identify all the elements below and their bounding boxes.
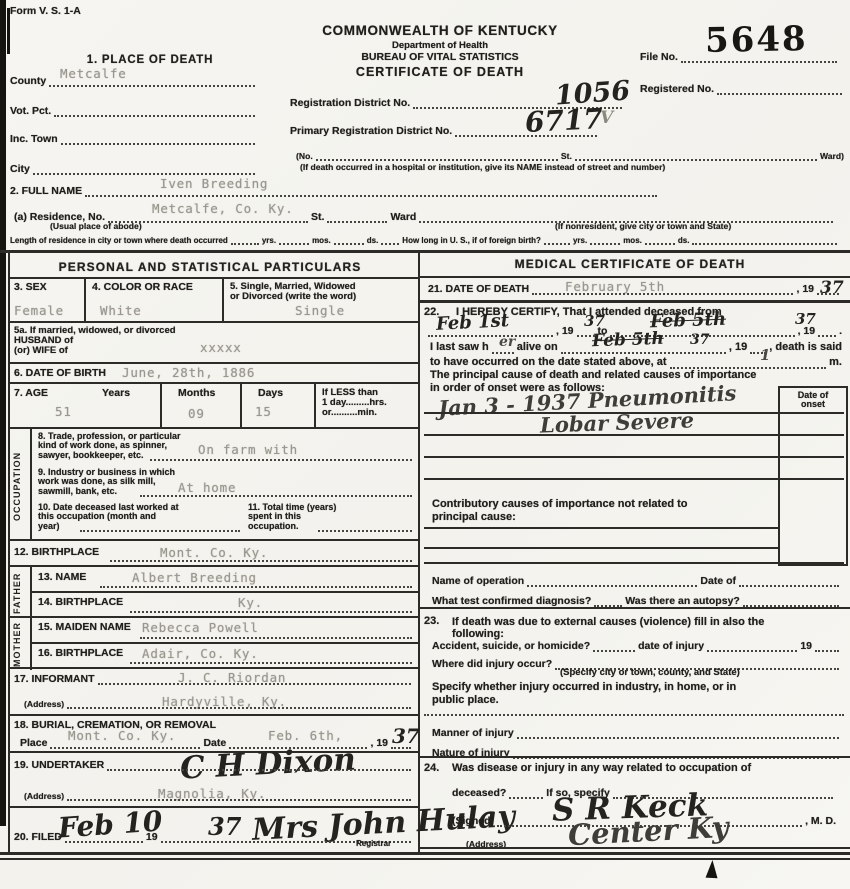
violence-no: 23. [424,616,439,628]
bureau-line: BUREAU OF VITAL STATISTICS [290,52,590,63]
county-field: County [10,76,258,87]
check-mark: V [600,108,613,128]
dept-of-health: Department of Health [290,41,590,51]
yr3-19: , 19 [729,342,747,354]
maiden-name-label: 15. MAIDEN NAME [38,622,131,633]
age-days-value: 15 [255,404,272,419]
dotted-line [593,646,635,652]
dotted-line [455,131,597,137]
dotted-rule [424,714,844,716]
rule [8,321,418,323]
age-label: 7. AGE [14,388,48,399]
registered-no-field: Registered No. [640,84,845,95]
md-label: , M. D. [805,816,836,827]
city-label: City [10,164,30,175]
yrs-label: yrs. [262,237,276,245]
dotted-line [527,581,697,587]
rule [420,607,850,609]
dotted-rule [100,586,412,588]
maiden-name-value: Rebecca Powell [142,620,259,635]
dotted-line [817,289,839,295]
scan-edge-bar [0,0,6,826]
manner-label: Manner of injury [432,728,514,739]
age-months-label: Months [178,388,215,399]
dotted-line [65,837,143,843]
injury-year-19: 19 [800,641,812,652]
dotted-rule [140,637,412,639]
dotted-line [50,743,200,749]
specify-city-note: (Specify city or town, county, and State… [560,668,740,678]
place-label: Place [20,738,47,749]
section-divider [0,250,850,253]
mother-birthplace-label: 16. BIRTHPLACE [38,648,123,659]
industry-label: 9. Industry or business in which work wa… [38,468,175,496]
registration-district-label: Registration District No. [290,98,410,109]
city-field: City [10,164,258,175]
address-label: (Address) [24,700,64,709]
dotted-line [381,239,399,245]
date-of-onset-box: Date of onset [778,386,848,566]
marital-value: Single [295,303,345,318]
registrar-label: Registrar [356,840,391,848]
length-residence-label: Length of residence in city or town wher… [10,237,228,245]
dotted-rule [110,560,412,562]
dotted-line [107,765,411,771]
dotted-rule [130,662,412,664]
form-number: Form V. S. 1-A [10,6,81,17]
primary-district-label: Primary Registration District No. [290,126,452,137]
vot-pct-label: Vot. Pct. [10,106,51,117]
date-of-death-field: 21. DATE OF DEATH , 19 [428,284,842,295]
last-saw-1: I last saw h [430,342,489,354]
dotted-line [334,239,364,245]
vot-pct-field: Vot. Pct. [10,106,258,117]
ds-label-2: ds. [678,237,690,245]
last-saw-2: alive on [517,342,558,354]
dotted-line [561,348,726,354]
rule [420,276,850,278]
related-intro: Was disease or injury in any way related… [452,763,751,775]
occurred-label: to have occurred on the date stated abov… [430,357,667,369]
autopsy-label: Was there an autopsy? [625,596,740,607]
foreign-birth-label: How long in U. S., if of foreign birth? [402,237,541,245]
age-less-label: If LESS than 1 day.........hrs. or......… [322,388,387,418]
nonresident-note: (If nonresident, give city or town and S… [555,222,731,231]
rule [30,642,418,644]
husband-wife-value: xxxxx [200,340,242,355]
abode-note: (Usual place of abode) [50,222,142,231]
certificate-title: CERTIFICATE OF DEATH [290,66,590,79]
dotted-line [739,581,839,587]
dotted-line [492,348,514,354]
rule [8,565,418,567]
dotted-line [707,646,797,652]
residence-ward-label: Ward [390,212,416,223]
rule [160,382,162,427]
test-label: What test confirmed diagnosis? [432,596,591,607]
trade-label: 8. Trade, profession, or particular kind… [38,432,181,460]
violence-intro: If death was due to external causes (vio… [452,616,764,640]
rule [8,277,418,279]
county-label: County [10,76,46,87]
dotted-line [717,89,842,95]
dotted-rule [140,495,412,497]
accident-label: Accident, suicide, or homicide? [432,641,590,652]
residence-st-label: St. [311,212,324,223]
inc-town-label: Inc. Town [10,134,58,145]
rule [420,756,850,758]
age-years-label: Years [102,388,130,399]
birthplace-label: 12. BIRTHPLACE [14,547,99,558]
st-label: St. [561,152,572,161]
rule [8,382,418,384]
rule [424,562,844,564]
dotted-line [645,239,675,245]
left-column-title: PERSONAL AND STATISTICAL PARTICULARS [30,260,390,274]
undertaker-address-field: (Address) [24,792,414,801]
pen-mark-arrow [706,860,719,879]
rule [424,547,778,549]
dotted-line [327,217,387,223]
husband-wife-label: 5a. If married, widowed, or divorced HUS… [14,326,176,356]
dotted-line [67,703,411,709]
dotted-line [575,155,817,161]
race-label: 4. COLOR OR RACE [92,282,193,293]
age-days-label: Days [258,388,283,399]
filed-label: 20. FILED [14,832,62,843]
m-label: m. [829,357,842,369]
rule [240,382,242,427]
operation-date-label: Date of [700,576,736,587]
year-19: , 19 [370,738,388,749]
rule [30,591,418,593]
bottom-rule-2 [0,852,850,855]
column-divider [418,252,420,855]
rule [314,382,316,427]
ward-label: Ward) [820,152,844,161]
dotted-rule [150,459,412,461]
dotted-line [517,733,839,739]
no-st-ward-row: (No. St. Ward) [296,152,844,161]
informant-label: 17. INFORMANT [14,674,95,685]
dob-value: June, 28th, 1886 [122,365,255,380]
hospital-note: (If death occurred in a hospital or inst… [300,163,848,172]
primary-district-field: Primary Registration District No. [290,126,600,137]
race-value: White [100,303,142,318]
operation-row: Name of operation Date of [432,576,842,587]
commonwealth-title: COMMONWEALTH OF KENTUCKY [290,24,590,38]
file-no-label: File No. [640,52,678,63]
inc-town-field: Inc. Town [10,134,258,145]
last-worked-label: 10. Date deceased last worked at this oc… [38,503,179,531]
period: . [839,326,842,337]
birthplace-value: Mont. Co. Ky. [160,545,268,560]
yr2-19: , 19 [798,326,816,337]
filed-year-19: 19 [146,832,158,843]
left-form-border [8,252,10,855]
dotted-line [33,169,255,175]
address-label-2: (Address) [24,792,64,801]
sex-label: 3. SEX [14,282,47,293]
dotted-line [231,239,259,245]
father-name-label: 13. NAME [38,572,86,583]
dotted-line [279,239,309,245]
dotted-line [49,81,255,87]
father-name-value: Albert Breeding [132,570,257,585]
dotted-line [54,111,255,117]
last-saw-row: I last saw h alive on , 19 , death is sa… [430,342,842,354]
rule [30,427,32,539]
bottom-rule-3 [0,858,850,860]
age-years-value: 51 [55,404,72,419]
dob-label: 6. DATE OF BIRTH [14,368,106,379]
operation-label: Name of operation [432,576,524,587]
rule [8,714,418,716]
rule [8,539,418,541]
dotted-line [681,57,837,63]
total-time-label: 11. Total time (years) spent in this occ… [248,503,336,531]
specify-whether-label: Specify whether injury occurred in indus… [432,681,736,707]
bottom-rule-1 [420,847,850,849]
ds-label: ds. [367,237,379,245]
rule [8,362,418,364]
length-residence-row: Length of residence in city or town wher… [10,237,840,245]
dotted-rule [130,611,412,613]
dotted-rule [80,530,240,532]
right-column-title: MEDICAL CERTIFICATE OF DEATH [430,257,830,271]
marital-label: 5. Single, Married, Widowed or Divorced … [230,282,356,302]
no-label: (No. [296,152,313,161]
place-of-death-title: 1. PLACE OF DEATH [40,54,260,66]
contributory-label: Contributory causes of importance not re… [432,498,687,523]
rule [424,527,778,529]
dotted-line [544,239,570,245]
rule [420,300,850,303]
dotted-line [818,331,836,337]
file-no-field: File No. [640,52,840,63]
rule [222,277,224,321]
mother-side-label: MOTHER [12,621,22,669]
rule [8,616,418,618]
undertaker-label: 19. UNDERTAKER [14,760,104,771]
dotted-line [67,795,411,801]
related-no: 24. [424,763,439,775]
dotted-line [98,679,411,685]
signed-label: (Signed) [452,816,494,827]
date-of-injury-label: date of injury [638,641,704,652]
rule [84,277,86,321]
dod-year-19: , 19 [796,284,814,295]
dotted-line [670,363,827,369]
full-name-field: 2. FULL NAME [10,186,660,197]
father-birthplace-label: 14. BIRTHPLACE [38,597,123,608]
full-name-label: 2. FULL NAME [10,186,82,197]
manner-row: Manner of injury [432,728,842,739]
filed-row: 20. FILED 19 [14,832,414,843]
dotted-line [85,191,657,197]
yr1-19: , 19 [556,326,574,337]
sex-value: Female [14,303,64,318]
dotted-line [61,139,255,145]
informant-field: 17. INFORMANT [14,674,414,685]
deceased-label: deceased? [452,788,506,799]
accident-row: Accident, suicide, or homicide? date of … [432,641,842,652]
father-birthplace-value: Ky. [238,595,263,610]
rule [8,667,418,669]
mos-label-2: mos. [623,237,642,245]
dotted-rule [318,530,412,532]
date-of-death-label: 21. DATE OF DEATH [428,284,529,295]
occupation-side-label: OCCUPATION [12,438,22,534]
registered-no-label: Registered No. [640,84,714,95]
father-side-label: FATHER [12,570,22,616]
trade-value: On farm with [198,442,298,457]
occurred-row: to have occurred on the date stated abov… [430,357,842,369]
mother-birthplace-value: Adair, Co. Ky. [142,646,259,661]
where-injury-label: Where did injury occur? [432,659,552,670]
dotted-line [590,239,620,245]
dotted-line [509,793,543,799]
rule [8,427,418,429]
yrs-label-2: yrs. [573,237,587,245]
date-of-onset-label: Date of onset [780,391,846,410]
mos-label: mos. [312,237,331,245]
industry-value: At home [178,480,236,495]
dotted-line [428,331,553,337]
dotted-line [815,646,839,652]
test-row: What test confirmed diagnosis? Was there… [432,596,842,607]
dotted-line [391,743,411,749]
dotted-line [316,155,558,161]
dotted-line [532,289,793,295]
death-certificate-scan: Form V. S. 1-A COMMONWEALTH OF KENTUCKY … [0,0,850,889]
dotted-line [692,239,837,245]
age-months-value: 09 [188,406,205,421]
informant-address-field: (Address) [24,700,414,709]
undertaker-field: 19. UNDERTAKER [14,760,414,771]
death-said: , death is said [769,342,842,354]
